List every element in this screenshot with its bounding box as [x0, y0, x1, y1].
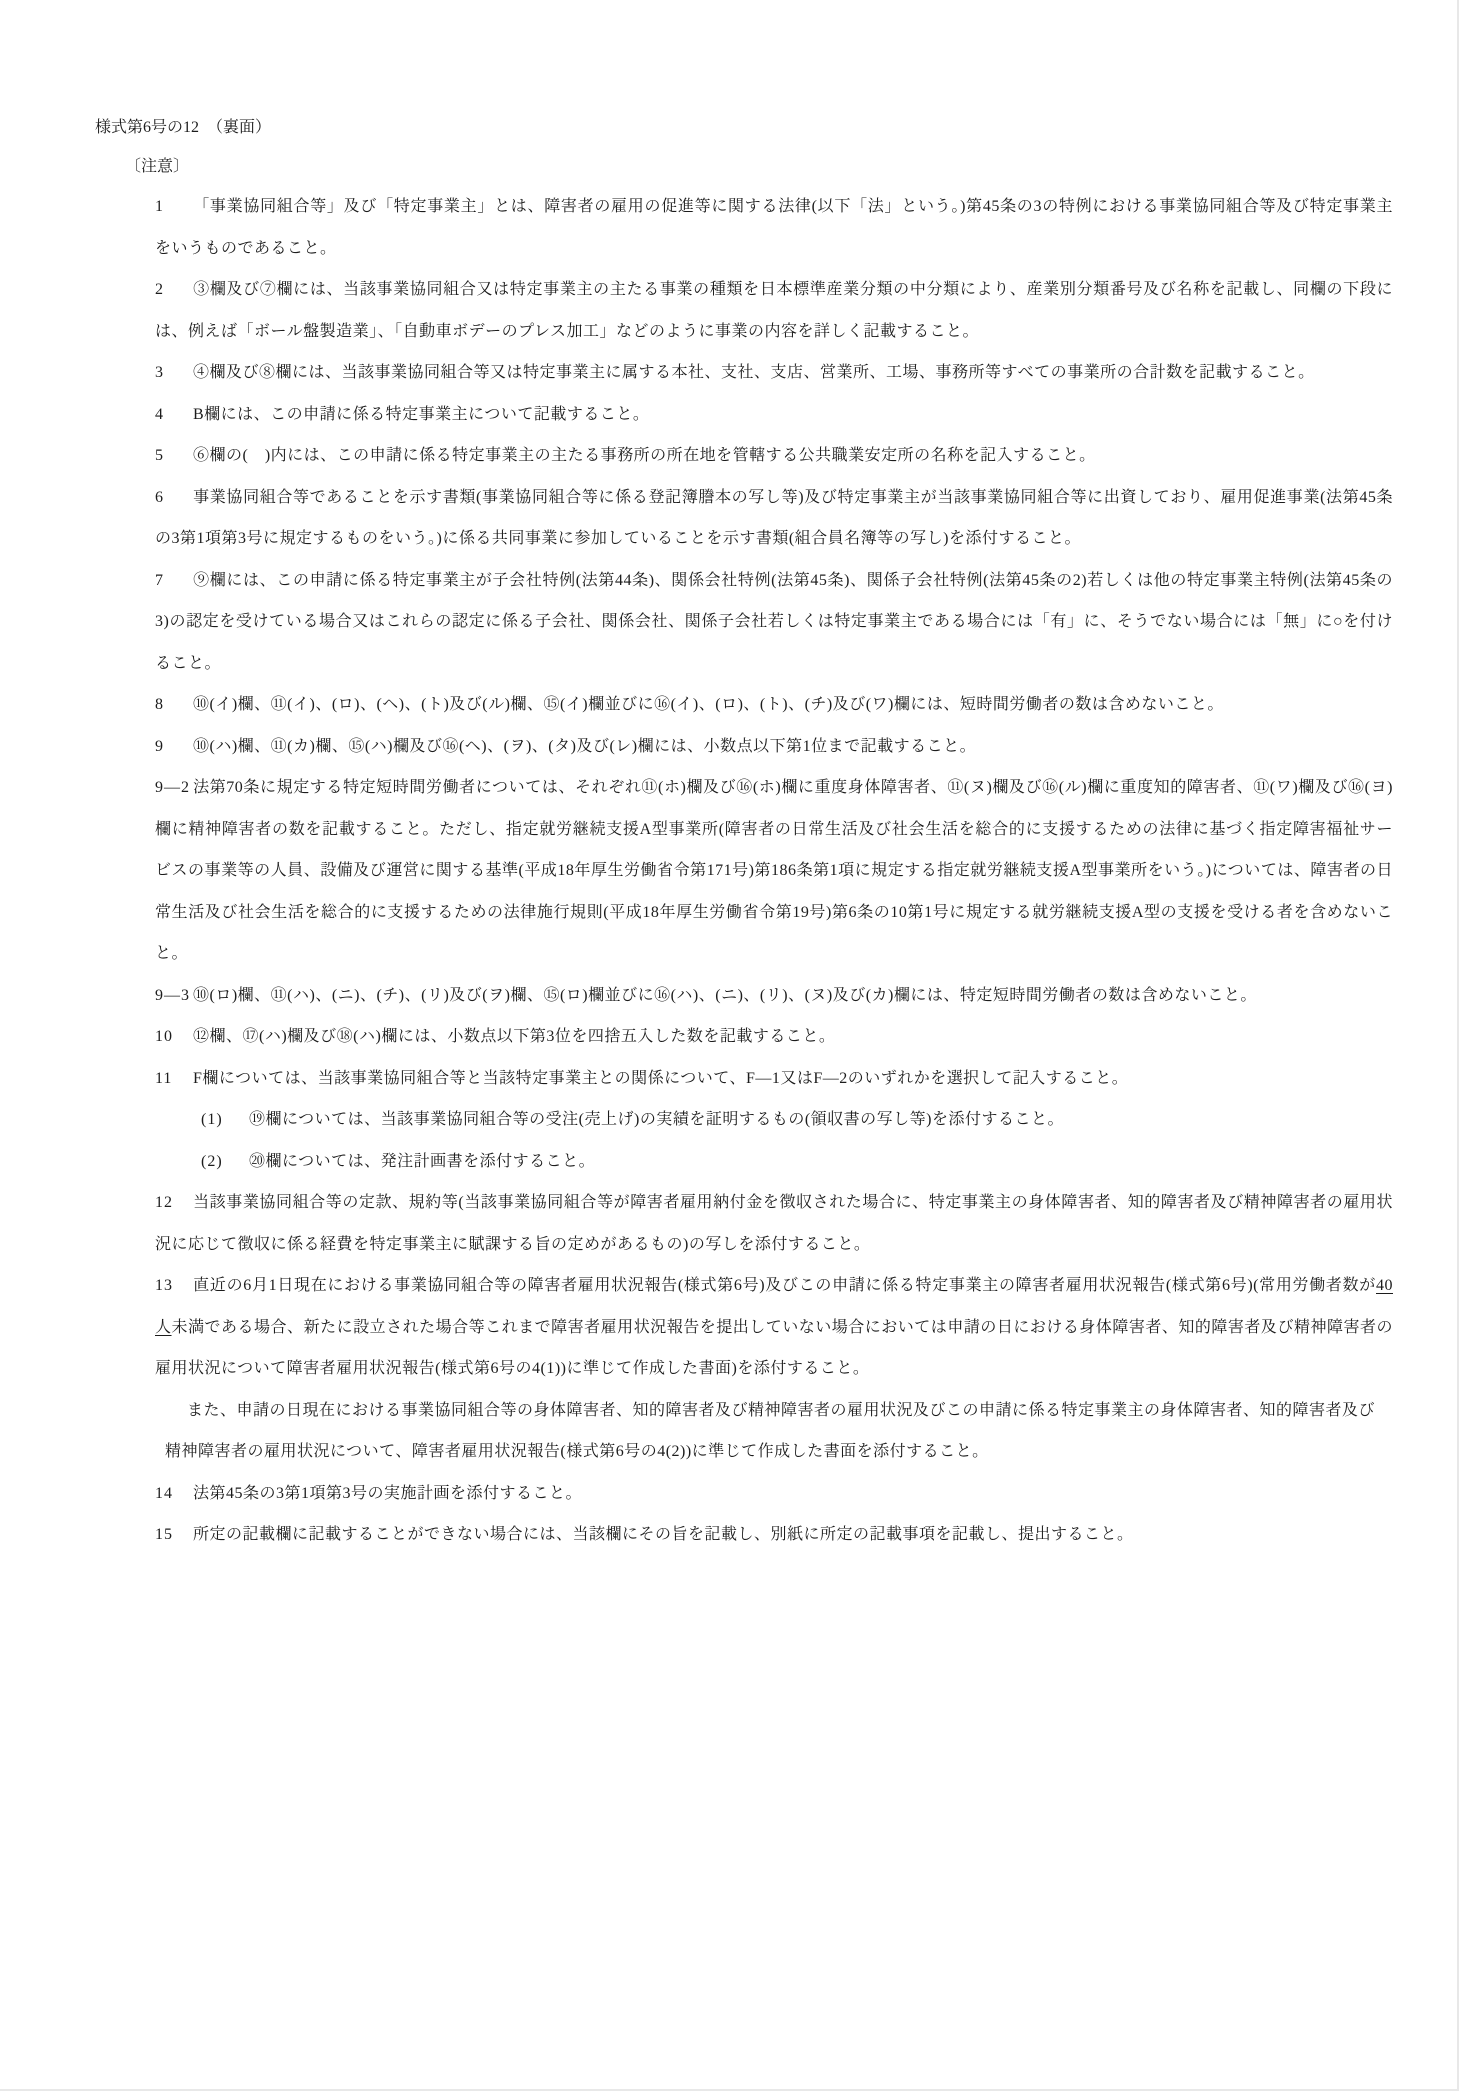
note-text: F欄については、当該事業協同組合等と当該特定事業主との関係について、F—1又はF…: [193, 1070, 1128, 1087]
note-text: 直近の6月1日現在における事業協同組合等の障害者雇用状況報告(様式第6号)及びこ…: [193, 1277, 1376, 1294]
note-text: ③欄及び⑦欄には、当該事業協同組合又は特定事業主の主たる事業の種類を日本標準産業…: [155, 281, 1393, 340]
note-text: ⑫欄、⑰(ハ)欄及び⑱(ハ)欄には、小数点以下第3位を四捨五入した数を記載するこ…: [193, 1028, 835, 1045]
note-item-15: 15所定の記載欄に記載することができない場合には、当該欄にその旨を記載し、別紙に…: [155, 1514, 1393, 1556]
note-item-11-1: (1)⑲欄については、当該事業協同組合等の受注(売上げ)の実績を証明するもの(領…: [201, 1099, 1361, 1141]
note-item-6: 6事業協同組合等であることを示す書類(事業協同組合等に係る登記簿謄本の写し等)及…: [155, 477, 1393, 560]
form-number-title: 様式第6号の12 （裏面）: [95, 108, 1457, 148]
note-number: 13: [155, 1265, 193, 1307]
note-item-14: 14法第45条の3第1項第3号の実施計画を添付すること。: [155, 1473, 1393, 1515]
note-number: (2): [201, 1141, 249, 1183]
note-number: 14: [155, 1473, 193, 1515]
note-text: ⑩(ロ)欄、⑪(ハ)、(ニ)、(チ)、(リ)及び(ヲ)欄、⑮(ロ)欄並びに⑯(ハ…: [193, 987, 1257, 1004]
note-text: また、申請の日現在における事業協同組合等の身体障害者、知的障害者及び精神障害者の…: [165, 1402, 1375, 1461]
note-text: ⑲欄については、当該事業協同組合等の受注(売上げ)の実績を証明するもの(領収書の…: [249, 1111, 1064, 1128]
note-item-12: 12当該事業協同組合等の定款、規約等(当該事業協同組合等が障害者雇用納付金を徴収…: [155, 1182, 1393, 1265]
note-item-13-continuation: また、申請の日現在における事業協同組合等の身体障害者、知的障害者及び精神障害者の…: [165, 1390, 1375, 1473]
notice-heading: 〔注意〕: [125, 148, 1457, 186]
note-text: 法第70条に規定する特定短時間労働者については、それぞれ⑪(ホ)欄及び⑯(ホ)欄…: [155, 779, 1393, 962]
note-number: 15: [155, 1514, 193, 1556]
notice-list: 1「事業協同組合等」及び「特定事業主」とは、障害者の雇用の促進等に関する法律(以…: [155, 186, 1393, 1556]
note-item-8: 8⑩(イ)欄、⑪(イ)、(ロ)、(ヘ)、(ト)及び(ル)欄、⑮(イ)欄並びに⑯(…: [155, 684, 1393, 726]
note-item-5: 5⑥欄の( )内には、この申請に係る特定事業主の主たる事務所の所在地を管轄する公…: [155, 435, 1393, 477]
note-text: B欄には、この申請に係る特定事業主について記載すること。: [193, 406, 649, 423]
note-number: 9—2: [155, 767, 193, 809]
note-text: 法第45条の3第1項第3号の実施計画を添付すること。: [193, 1485, 582, 1502]
note-text: ⑩(ハ)欄、⑪(カ)欄、⑮(ハ)欄及び⑯(ヘ)、(ヲ)、(タ)及び(レ)欄には、…: [193, 738, 976, 755]
note-number: 11: [155, 1058, 193, 1100]
note-number: (1): [201, 1099, 249, 1141]
note-number: 12: [155, 1182, 193, 1224]
note-number: 8: [155, 684, 193, 726]
note-number: 2: [155, 269, 193, 311]
note-number: 5: [155, 435, 193, 477]
note-item-13: 13直近の6月1日現在における事業協同組合等の障害者雇用状況報告(様式第6号)及…: [155, 1265, 1393, 1390]
note-number: 10: [155, 1016, 193, 1058]
note-number: 7: [155, 560, 193, 602]
note-item-10: 10⑫欄、⑰(ハ)欄及び⑱(ハ)欄には、小数点以下第3位を四捨五入した数を記載す…: [155, 1016, 1393, 1058]
note-text: 当該事業協同組合等の定款、規約等(当該事業協同組合等が障害者雇用納付金を徴収され…: [155, 1194, 1393, 1253]
note-item-11: 11F欄については、当該事業協同組合等と当該特定事業主との関係について、F—1又…: [155, 1058, 1393, 1100]
note-text: ⑨欄には、この申請に係る特定事業主が子会社特例(法第44条)、関係会社特例(法第…: [155, 572, 1393, 672]
note-item-11-2: (2)⑳欄については、発注計画書を添付すること。: [201, 1141, 1361, 1183]
note-number: 4: [155, 394, 193, 436]
note-item-9: 9⑩(ハ)欄、⑪(カ)欄、⑮(ハ)欄及び⑯(ヘ)、(ヲ)、(タ)及び(レ)欄には…: [155, 726, 1393, 768]
note-item-3: 3④欄及び⑧欄には、当該事業協同組合等又は特定事業主に属する本社、支社、支店、営…: [155, 352, 1393, 394]
note-text: ⑳欄については、発注計画書を添付すること。: [249, 1153, 595, 1170]
note-text: ④欄及び⑧欄には、当該事業協同組合等又は特定事業主に属する本社、支社、支店、営業…: [193, 364, 1315, 381]
note-item-4: 4B欄には、この申請に係る特定事業主について記載すること。: [155, 394, 1393, 436]
note-item-7: 7⑨欄には、この申請に係る特定事業主が子会社特例(法第44条)、関係会社特例(法…: [155, 560, 1393, 685]
note-number: 1: [155, 186, 193, 228]
note-item-9-2: 9—2法第70条に規定する特定短時間労働者については、それぞれ⑪(ホ)欄及び⑯(…: [155, 767, 1393, 975]
note-text: 「事業協同組合等」及び「特定事業主」とは、障害者の雇用の促進等に関する法律(以下…: [155, 198, 1393, 257]
note-text: ⑥欄の( )内には、この申請に係る特定事業主の主たる事務所の所在地を管轄する公共…: [193, 447, 1096, 464]
note-item-2: 2③欄及び⑦欄には、当該事業協同組合又は特定事業主の主たる事業の種類を日本標準産…: [155, 269, 1393, 352]
note-item-1: 1「事業協同組合等」及び「特定事業主」とは、障害者の雇用の促進等に関する法律(以…: [155, 186, 1393, 269]
note-text: 所定の記載欄に記載することができない場合には、当該欄にその旨を記載し、別紙に所定…: [193, 1526, 1134, 1543]
note-text: 事業協同組合等であることを示す書類(事業協同組合等に係る登記簿謄本の写し等)及び…: [155, 489, 1393, 548]
note-number: 9—3: [155, 975, 193, 1017]
note-item-9-3: 9—3⑩(ロ)欄、⑪(ハ)、(ニ)、(チ)、(リ)及び(ヲ)欄、⑮(ロ)欄並びに…: [155, 975, 1393, 1017]
note-number: 9: [155, 726, 193, 768]
note-number: 3: [155, 352, 193, 394]
note-text: ⑩(イ)欄、⑪(イ)、(ロ)、(ヘ)、(ト)及び(ル)欄、⑮(イ)欄並びに⑯(イ…: [193, 696, 1224, 713]
form-instructions-page: 様式第6号の12 （裏面） 〔注意〕 1「事業協同組合等」及び「特定事業主」とは…: [0, 0, 1457, 1556]
note-number: 6: [155, 477, 193, 519]
note-text: 未満である場合、新たに設立された場合等これまで障害者雇用状況報告を提出していない…: [155, 1319, 1393, 1378]
